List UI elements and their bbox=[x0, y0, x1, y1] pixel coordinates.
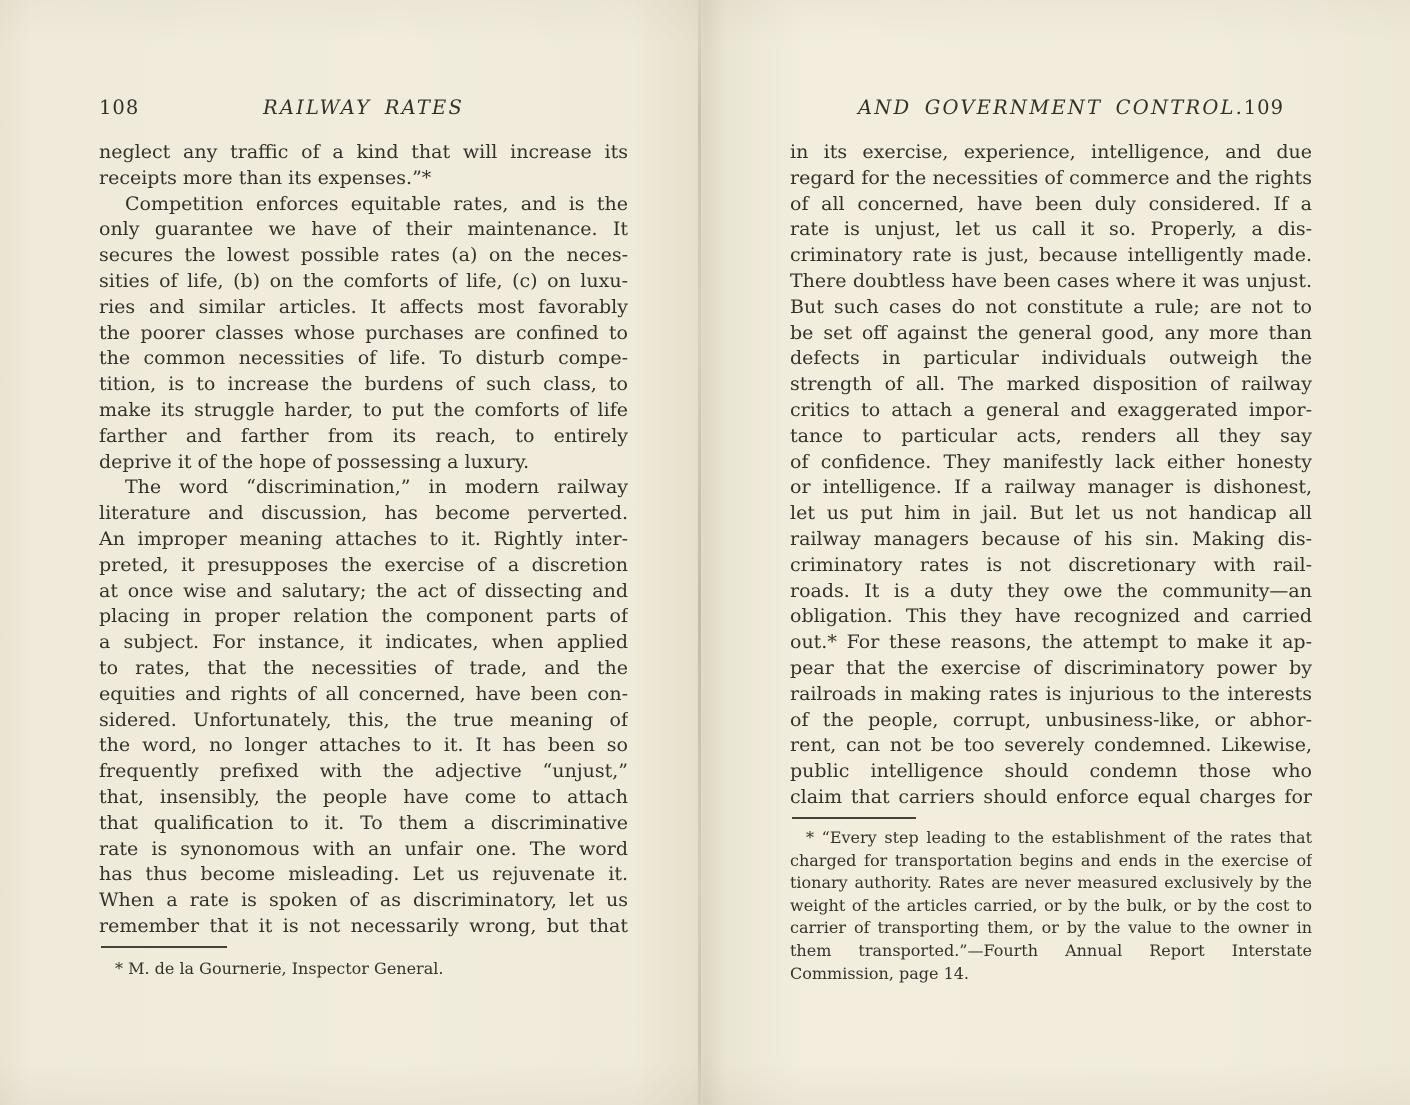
text-line: The word “discrimination,” in modern rai… bbox=[99, 475, 628, 501]
text-line: literature and discussion, has become pe… bbox=[99, 501, 628, 527]
text-line: equities and rights of all concerned, ha… bbox=[99, 682, 628, 708]
text-line: receipts more than its expenses.”* bbox=[99, 166, 628, 192]
text-line: carrier of transporting them, or by the … bbox=[790, 917, 1312, 940]
book-spread: 108 RAILWAY RATES neglect any traffic of… bbox=[0, 0, 1410, 1105]
text-line: charged for transportation begins and en… bbox=[790, 850, 1312, 873]
text-line: obligation. This they have recognized an… bbox=[790, 604, 1312, 630]
text-line: remember that it is not necessarily wron… bbox=[99, 914, 628, 940]
text-line: the word, no longer attaches to it. It h… bbox=[99, 733, 628, 759]
page-number-left: 108 bbox=[99, 96, 139, 119]
text-line: There doubtless have been cases where it… bbox=[790, 269, 1312, 295]
body-text-right: in its exercise, experience, intelligenc… bbox=[790, 140, 1312, 811]
text-line: only guarantee we have of their maintena… bbox=[99, 217, 628, 243]
footnote-right: * “Every step leading to the establishme… bbox=[790, 827, 1312, 985]
text-line: sidered. Unfortunately, this, the true m… bbox=[99, 708, 628, 734]
text-line: of the people, corrupt, unbusiness-like,… bbox=[790, 708, 1312, 734]
text-line: preted, it presupposes the exercise of a… bbox=[99, 553, 628, 579]
text-line: in its exercise, experience, intelligenc… bbox=[790, 140, 1312, 166]
text-line: But such cases do not constitute a rule;… bbox=[790, 295, 1312, 321]
text-line: criminatory rates is not discretionary w… bbox=[790, 553, 1312, 579]
text-line: An improper meaning attaches to it. Righ… bbox=[99, 527, 628, 553]
text-line: railway managers because of his sin. Mak… bbox=[790, 527, 1312, 553]
text-line: placing in proper relation the component… bbox=[99, 604, 628, 630]
running-title-right: AND GOVERNMENT CONTROL. bbox=[790, 96, 1312, 119]
text-line: farther and farther from its reach, to e… bbox=[99, 424, 628, 450]
text-line: Competition enforces equitable rates, an… bbox=[99, 192, 628, 218]
text-line: that, insensibly, the people have come t… bbox=[99, 785, 628, 811]
text-line: out.* For these reasons, the attempt to … bbox=[790, 630, 1312, 656]
text-line: claim that carriers should enforce equal… bbox=[790, 785, 1312, 811]
text-line: pear that the exercise of discriminatory… bbox=[790, 656, 1312, 682]
page-left: 108 RAILWAY RATES neglect any traffic of… bbox=[99, 96, 628, 1096]
running-head-right: AND GOVERNMENT CONTROL. 109 bbox=[790, 96, 1312, 122]
text-line: that qualification to it. To them a disc… bbox=[99, 811, 628, 837]
text-line: * M. de la Gournerie, Inspector General. bbox=[99, 958, 628, 981]
page-number-right: 109 bbox=[1244, 96, 1284, 119]
text-line: roads. It is a duty they owe the communi… bbox=[790, 579, 1312, 605]
text-line: rent, can not be too severely condemned.… bbox=[790, 733, 1312, 759]
text-line: to rates, that the necessities of trade,… bbox=[99, 656, 628, 682]
text-line: let us put him in jail. But let us not h… bbox=[790, 501, 1312, 527]
footnote-left: * M. de la Gournerie, Inspector General. bbox=[99, 958, 628, 981]
text-line: tionary authority. Rates are never measu… bbox=[790, 872, 1312, 895]
text-line: strength of all. The marked disposition … bbox=[790, 372, 1312, 398]
text-line: has thus become misleading. Let us rejuv… bbox=[99, 862, 628, 888]
text-line: weight of the articles carried, or by th… bbox=[790, 895, 1312, 918]
text-line: the common necessities of life. To distu… bbox=[99, 346, 628, 372]
text-line: make its struggle harder, to put the com… bbox=[99, 398, 628, 424]
text-line: at once wise and salutary; the act of di… bbox=[99, 579, 628, 605]
text-line: frequently prefixed with the adjective “… bbox=[99, 759, 628, 785]
running-head-left: 108 RAILWAY RATES bbox=[99, 96, 628, 122]
text-line: the poorer classes whose purchases are c… bbox=[99, 321, 628, 347]
text-line: of all concerned, have been duly conside… bbox=[790, 192, 1312, 218]
footnote-rule-right bbox=[792, 817, 916, 819]
text-line: rate is synonomous with an unfair one. T… bbox=[99, 837, 628, 863]
page-gutter-crease bbox=[698, 0, 701, 1105]
text-line: of confidence. They manifestly lack eith… bbox=[790, 450, 1312, 476]
text-line: secures the lowest possible rates (a) on… bbox=[99, 243, 628, 269]
text-line: * “Every step leading to the establishme… bbox=[790, 827, 1312, 850]
text-line: public intelligence should condemn those… bbox=[790, 759, 1312, 785]
text-line: rate is unjust, let us call it so. Prope… bbox=[790, 217, 1312, 243]
text-line: be set off against the general good, any… bbox=[790, 321, 1312, 347]
text-line: criminatory rate is just, because intell… bbox=[790, 243, 1312, 269]
text-line: neglect any traffic of a kind that will … bbox=[99, 140, 628, 166]
body-text-left: neglect any traffic of a kind that will … bbox=[99, 140, 628, 940]
text-line: Commission, page 14. bbox=[790, 963, 1312, 986]
text-line: them transported.”—Fourth Annual Report … bbox=[790, 940, 1312, 963]
text-line: deprive it of the hope of possessing a l… bbox=[99, 450, 628, 476]
text-line: ries and similar articles. It affects mo… bbox=[99, 295, 628, 321]
text-line: When a rate is spoken of as discriminato… bbox=[99, 888, 628, 914]
page-right: AND GOVERNMENT CONTROL. 109 in its exerc… bbox=[790, 96, 1312, 1096]
text-line: tance to particular acts, renders all th… bbox=[790, 424, 1312, 450]
text-line: tition, is to increase the burdens of su… bbox=[99, 372, 628, 398]
text-line: regard for the necessities of commerce a… bbox=[790, 166, 1312, 192]
text-line: railroads in making rates is injurious t… bbox=[790, 682, 1312, 708]
text-line: defects in particular individuals outwei… bbox=[790, 346, 1312, 372]
text-line: sities of life, (b) on the comforts of l… bbox=[99, 269, 628, 295]
text-line: or intelligence. If a railway manager is… bbox=[790, 475, 1312, 501]
footnote-rule-left bbox=[101, 946, 227, 948]
text-line: a subject. For instance, it indicates, w… bbox=[99, 630, 628, 656]
text-line: critics to attach a general and exaggera… bbox=[790, 398, 1312, 424]
running-title-left: RAILWAY RATES bbox=[99, 96, 628, 119]
